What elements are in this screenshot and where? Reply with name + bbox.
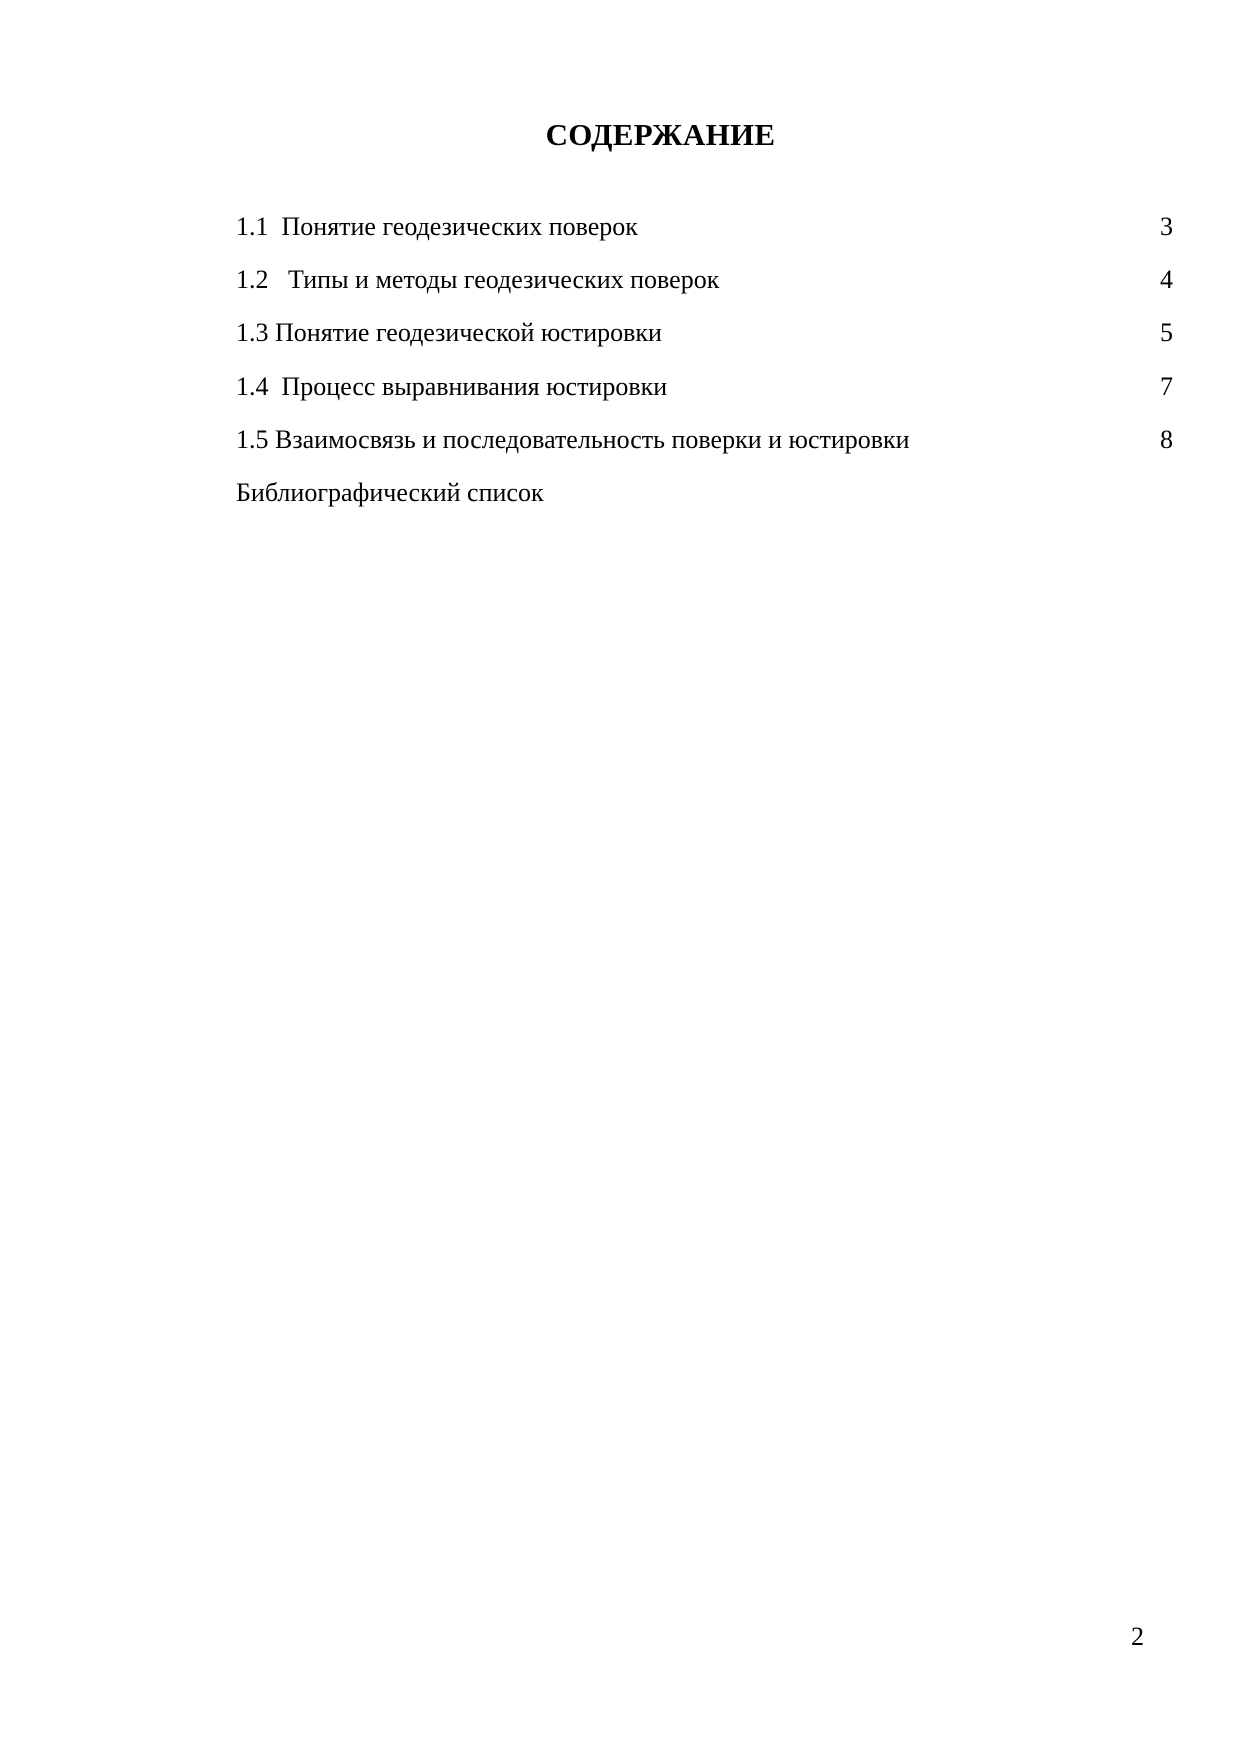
toc-entry[interactable]: 1.5 Взаимосвязь и последовательность пов…	[236, 425, 1173, 478]
toc-entry[interactable]: 1.4 Процесс выравнивания юстировки 7	[236, 372, 1173, 425]
toc-entry-label: 1.2 Типы и методы геодезических поверок	[236, 265, 719, 295]
toc-entry-label: 1.1 Понятие геодезических поверок	[236, 212, 638, 242]
toc-entry[interactable]: 1.2 Типы и методы геодезических поверок …	[236, 265, 1173, 318]
toc-entry[interactable]: 1.1 Понятие геодезических поверок 3	[236, 212, 1173, 265]
toc-entry-label: 1.4 Процесс выравнивания юстировки	[236, 372, 667, 402]
table-of-contents: 1.1 Понятие геодезических поверок 3 1.2 …	[236, 212, 1173, 531]
toc-title: СОДЕРЖАНИЕ	[0, 117, 1241, 153]
page-number: 2	[1131, 1622, 1144, 1652]
toc-entry-label: Библиографический список	[236, 478, 544, 508]
toc-entry-label: 1.3 Понятие геодезической юстировки	[236, 318, 662, 348]
toc-entry-label: 1.5 Взаимосвязь и последовательность пов…	[236, 425, 910, 455]
toc-entry-page: 3	[1143, 212, 1173, 242]
toc-entry-bibliography[interactable]: Библиографический список	[236, 478, 1173, 531]
toc-entry-page: 4	[1143, 265, 1173, 295]
toc-entry-page: 5	[1143, 318, 1173, 348]
toc-entry-page: 7	[1143, 372, 1173, 402]
toc-entry-page: 8	[1143, 425, 1173, 455]
toc-entry[interactable]: 1.3 Понятие геодезической юстировки 5	[236, 318, 1173, 371]
